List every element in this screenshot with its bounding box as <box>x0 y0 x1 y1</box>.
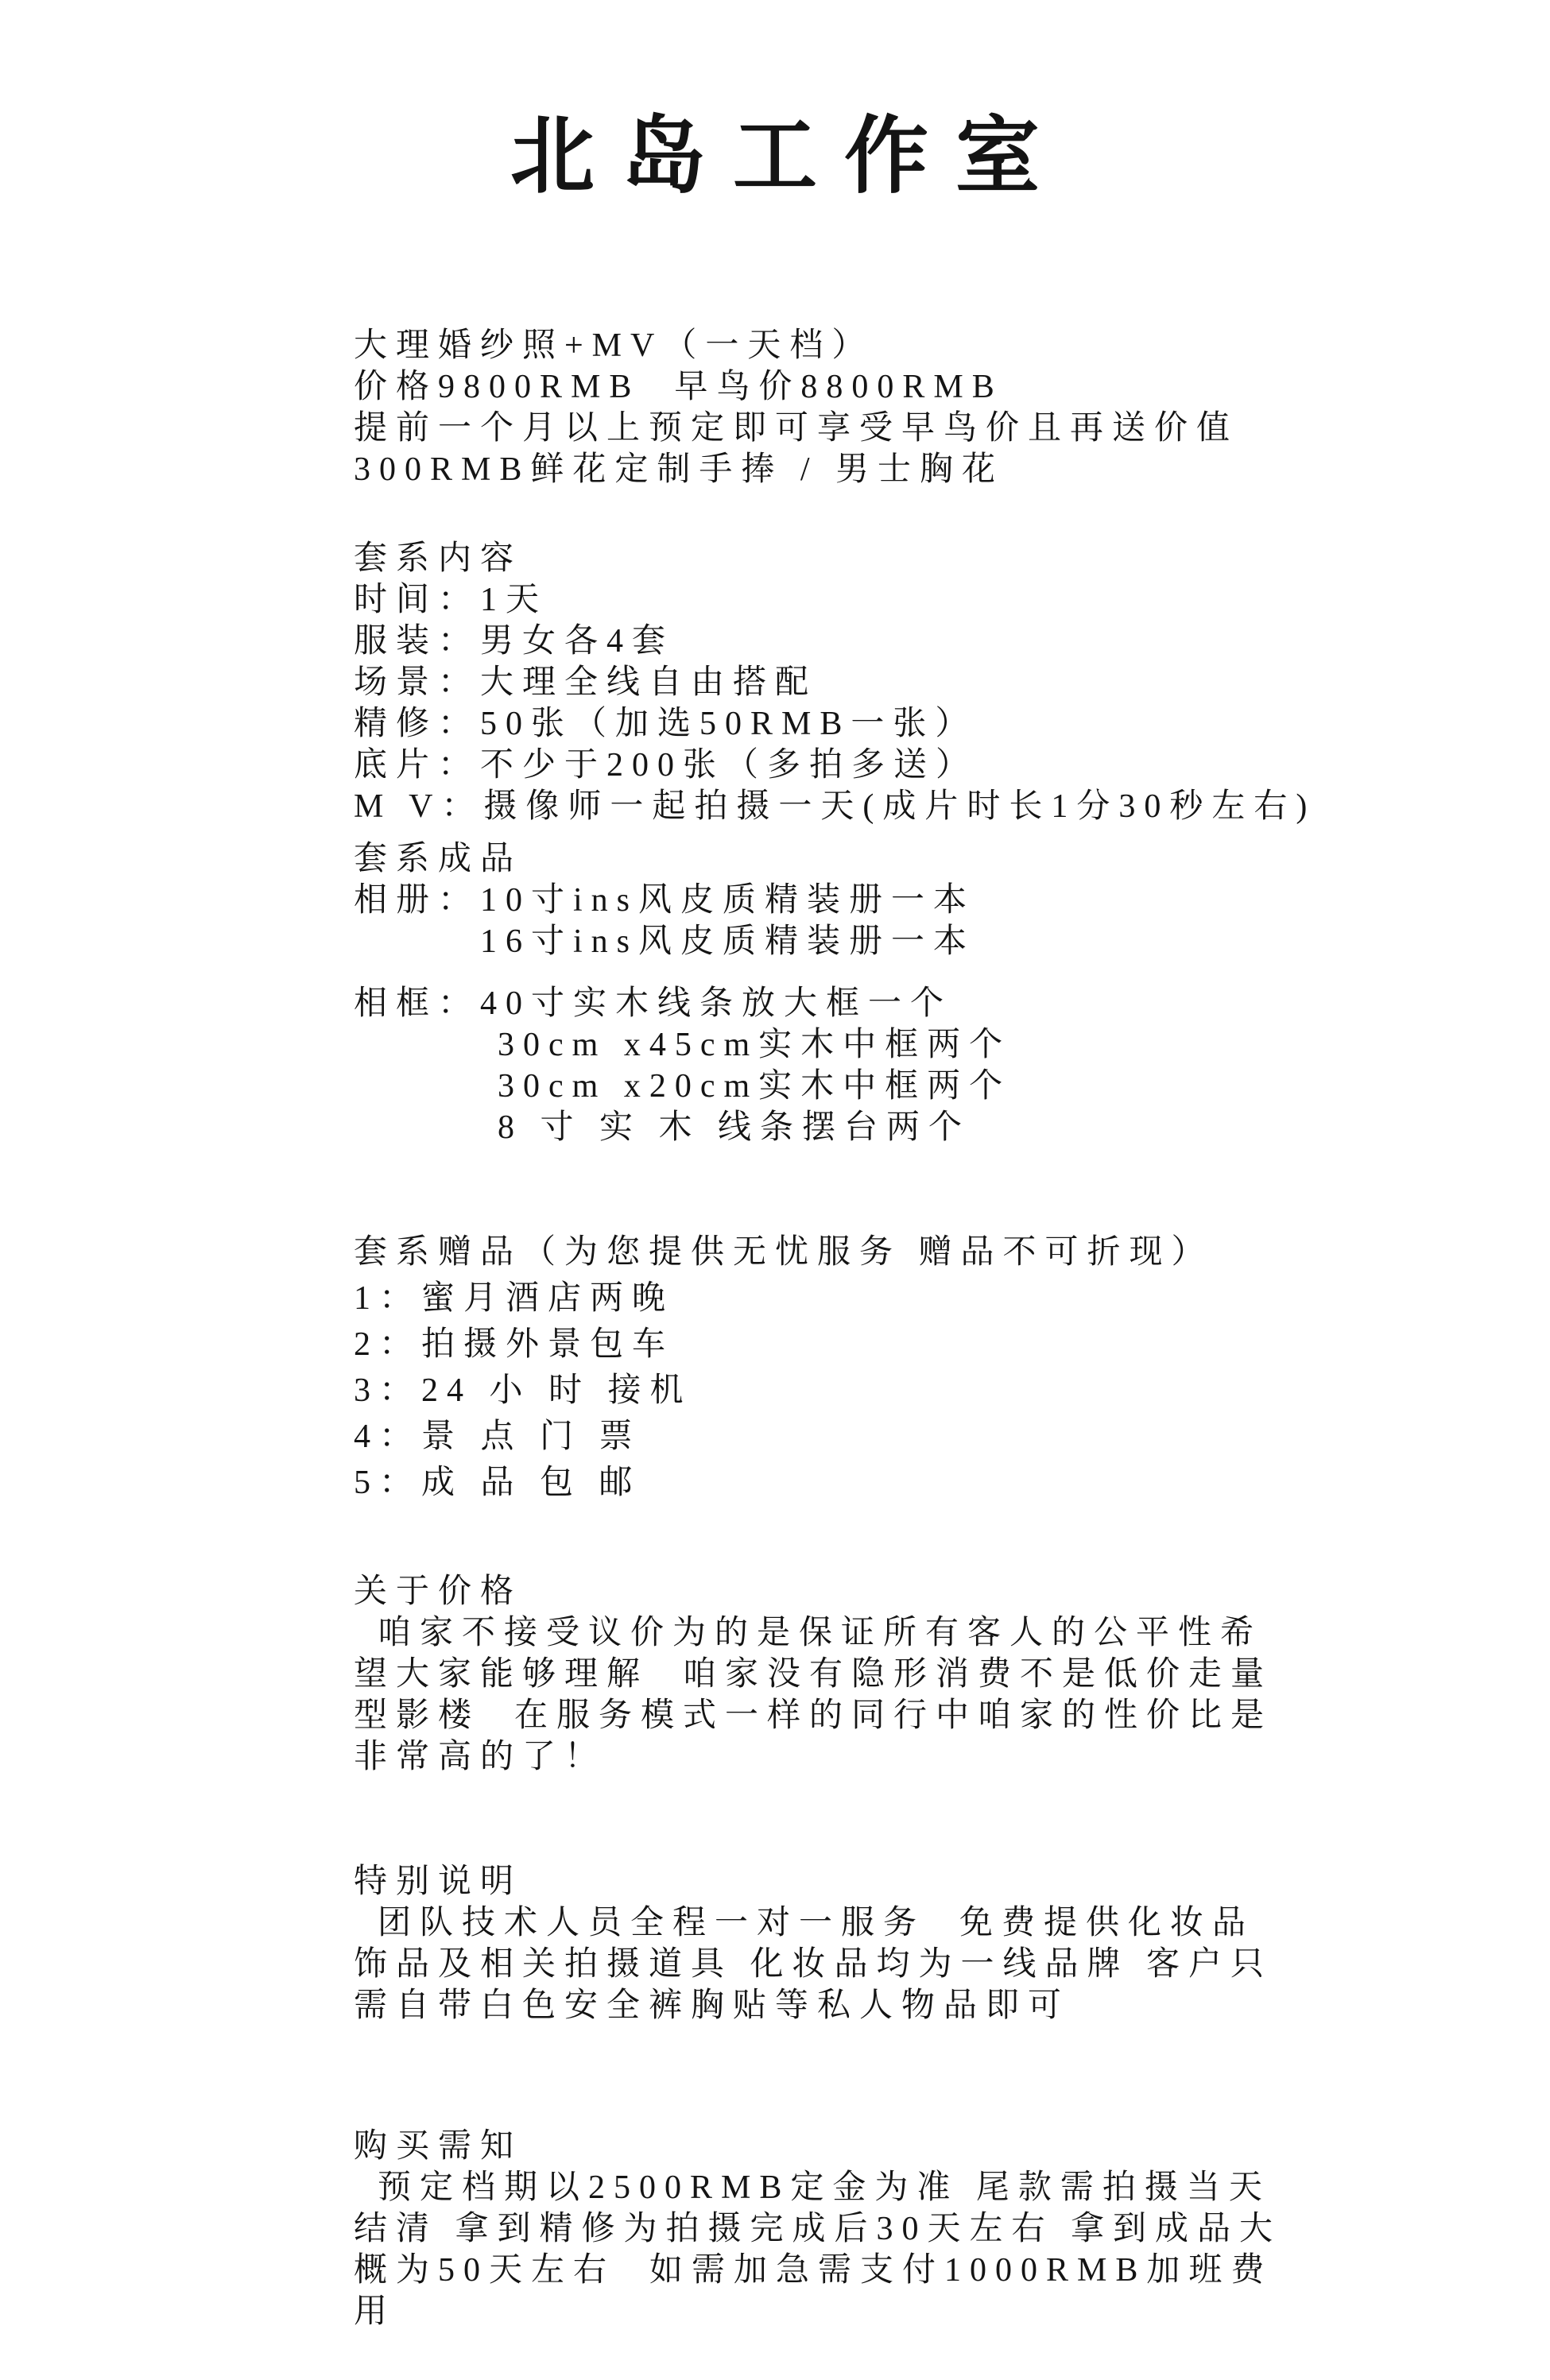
package-contents-section: 套系内容 时间：1天 服装：男女各4套 场景：大理全线自由搭配 精修：50张（加… <box>354 538 1288 827</box>
content-item-mv: M V：摄像师一起拍摄一天(成片时长1分30秒左右) <box>354 786 1288 827</box>
gift-item-tickets: 4：景 点 门 票 <box>354 1416 1288 1457</box>
intro-line-flower-gift: 300RMB鲜花定制手捧 / 男士胸花 <box>354 449 1288 490</box>
frame-item-40inch: 40寸实木线条放大框一个 <box>480 983 1011 1024</box>
purchase-notes-paragraph: 预定档期以2500RMB定金为准 尾款需拍摄当天结清 拿到精修为拍摄完成后30天… <box>354 2167 1288 2332</box>
album-item-16inch: 16寸ins风皮质精装册一本 <box>480 921 975 962</box>
albums-row: 相册： 10寸ins风皮质精装册一本 16寸ins风皮质精装册一本 <box>354 880 1288 962</box>
album-item-10inch: 10寸ins风皮质精装册一本 <box>480 880 975 921</box>
gift-item-hotel: 1：蜜月酒店两晚 <box>354 1278 1288 1319</box>
content-item-time: 时间：1天 <box>354 579 1288 621</box>
gifts-section: 套系赠品（为您提供无忧服务 赠品不可折现） 1：蜜月酒店两晚 2：拍摄外景包车 … <box>354 1232 1288 1503</box>
document-body: 大理婚纱照+MV（一天档） 价格9800RMB 早鸟价8800RMB 提前一个月… <box>354 325 1288 2332</box>
intro-line-price: 价格9800RMB 早鸟价8800RMB <box>354 366 1288 408</box>
gift-item-pickup: 3：24 小 时 接机 <box>354 1370 1288 1411</box>
about-price-heading: 关于价格 <box>354 1571 1288 1612</box>
frames-row: 相框： 40寸实木线条放大框一个 30cm x45cm实木中框两个 30cm x… <box>354 983 1288 1148</box>
gift-item-shipping: 5：成 品 包 邮 <box>354 1462 1288 1503</box>
frame-item-30x20: 30cm x20cm实木中框两个 <box>480 1066 1011 1107</box>
frames-lines: 40寸实木线条放大框一个 30cm x45cm实木中框两个 30cm x20cm… <box>480 983 1011 1148</box>
studio-title: 北岛工作室 <box>0 0 1550 210</box>
frame-item-8inch: 8 寸 实 木 线条摆台两个 <box>480 1107 1011 1148</box>
package-contents-heading: 套系内容 <box>354 538 1288 579</box>
content-item-negatives: 底片：不少于200张（多拍多送） <box>354 745 1288 786</box>
frames-label: 相框： <box>354 983 480 1024</box>
special-notes-section: 特别说明 团队技术人员全程一对一服务 免费提供化妆品饰品及相关拍摄道具 化妆品均… <box>354 1861 1288 2026</box>
purchase-notes-section: 购买需知 预定档期以2500RMB定金为准 尾款需拍摄当天结清 拿到精修为拍摄完… <box>354 2126 1288 2332</box>
albums-lines: 10寸ins风皮质精装册一本 16寸ins风皮质精装册一本 <box>480 880 975 962</box>
gifts-heading: 套系赠品（为您提供无忧服务 赠品不可折现） <box>354 1232 1288 1273</box>
gift-item-car: 2：拍摄外景包车 <box>354 1324 1288 1365</box>
package-products-section: 套系成品 相册： 10寸ins风皮质精装册一本 16寸ins风皮质精装册一本 相… <box>354 838 1288 1148</box>
intro-line-package: 大理婚纱照+MV（一天档） <box>354 325 1288 366</box>
content-item-scenes: 场景：大理全线自由搭配 <box>354 662 1288 703</box>
about-price-paragraph: 咱家不接受议价为的是保证所有客人的公平性希望大家能够理解 咱家没有隐形消费不是低… <box>354 1612 1288 1778</box>
frame-item-30x45: 30cm x45cm实木中框两个 <box>480 1024 1011 1066</box>
intro-section: 大理婚纱照+MV（一天档） 价格9800RMB 早鸟价8800RMB 提前一个月… <box>354 325 1288 490</box>
purchase-notes-heading: 购买需知 <box>354 2126 1288 2167</box>
about-price-section: 关于价格 咱家不接受议价为的是保证所有客人的公平性希望大家能够理解 咱家没有隐形… <box>354 1571 1288 1778</box>
intro-line-earlybird: 提前一个月以上预定即可享受早鸟价且再送价值 <box>354 408 1288 449</box>
special-notes-paragraph: 团队技术人员全程一对一服务 免费提供化妆品饰品及相关拍摄道具 化妆品均为一线品牌… <box>354 1902 1288 2026</box>
albums-label: 相册： <box>354 880 480 921</box>
content-item-retouched: 精修：50张（加选50RMB一张） <box>354 703 1288 745</box>
document-page: 北岛工作室 大理婚纱照+MV（一天档） 价格9800RMB 早鸟价8800RMB… <box>0 0 1550 2380</box>
package-products-heading: 套系成品 <box>354 838 1288 880</box>
special-notes-heading: 特别说明 <box>354 1861 1288 1902</box>
content-item-outfits: 服装：男女各4套 <box>354 621 1288 662</box>
